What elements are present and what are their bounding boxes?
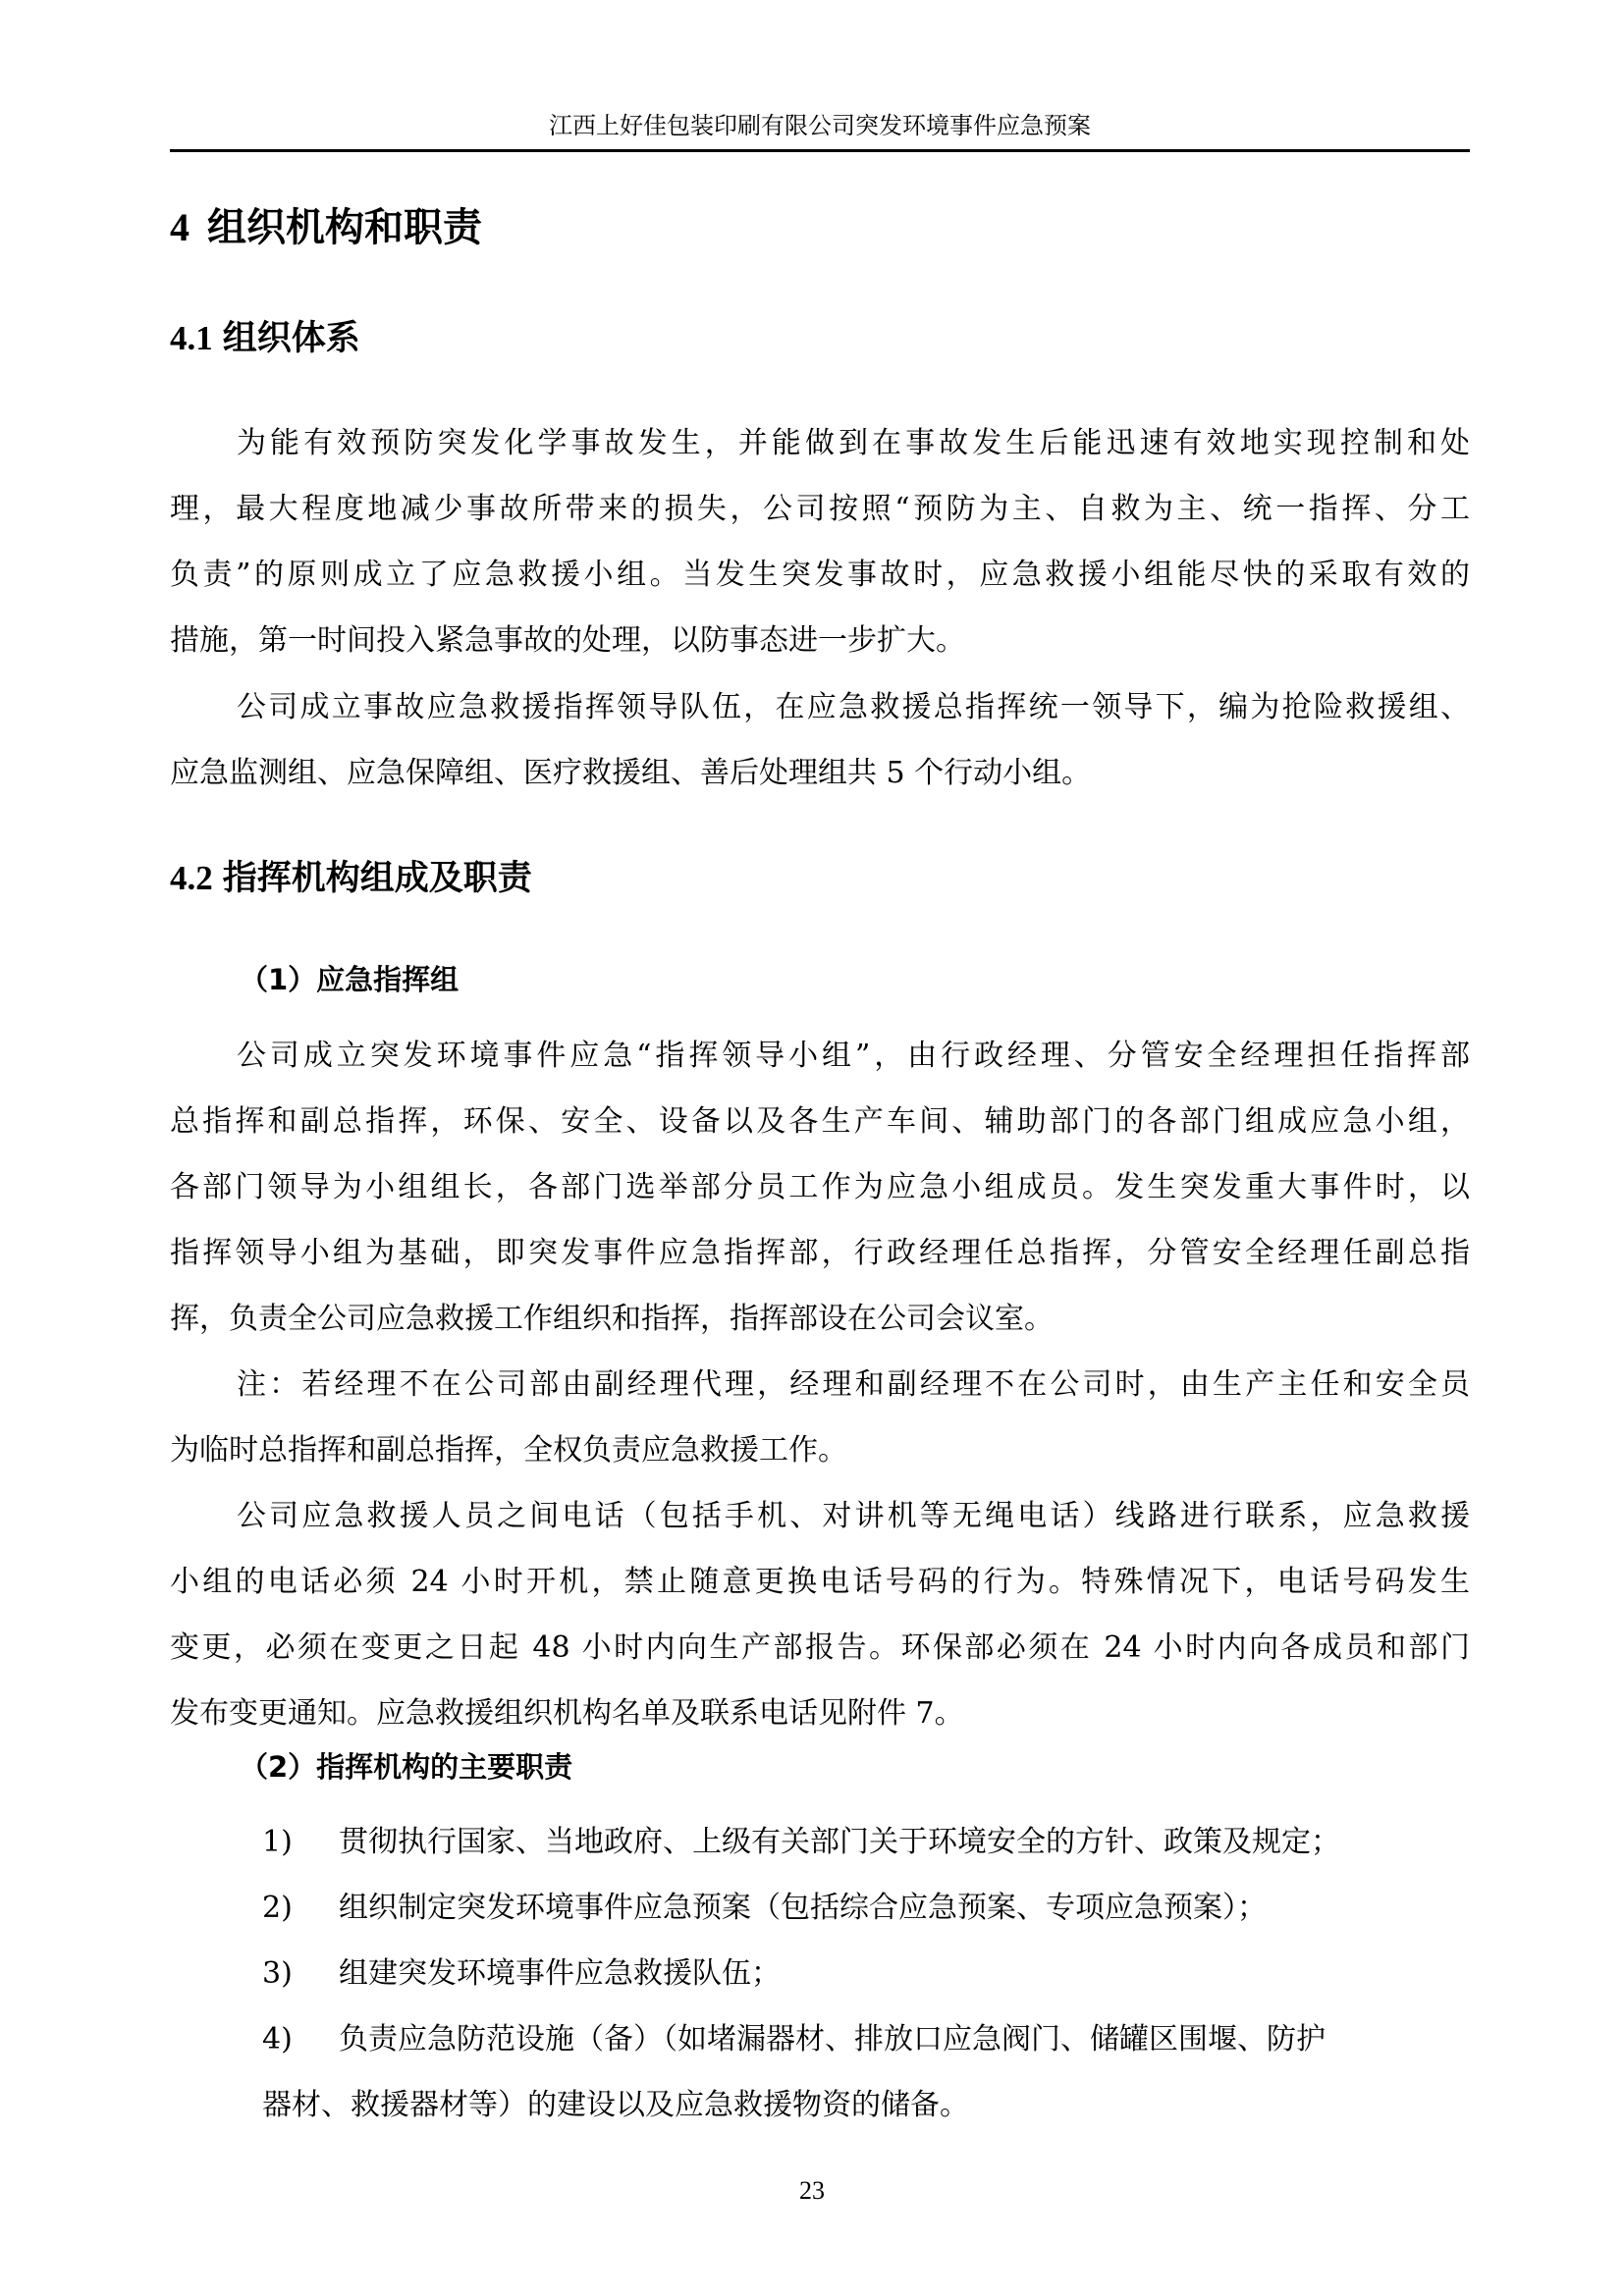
text-line: 负责”的原则成立了应急救援小组。当发生突发事故时，应急救援小组能尽快的采取有效的 [170, 542, 1470, 608]
text-line: 理，最大程度地减少事故所带来的损失，公司按照“预防为主、自救为主、统一指挥、分工 [170, 476, 1470, 542]
text-line: 公司应急救援人员之间电话（包括手机、对讲机等无绳电话）线路进行联系，应急救援 [170, 1483, 1470, 1549]
list-item-text: 贯彻执行国家、当地政府、上级有关部门关于环境安全的方针、政策及规定； [339, 1825, 1340, 1859]
text-line: 应急监测组、应急保障组、医疗救援组、善后处理组共 5 个行动小组。 [170, 740, 1470, 806]
chapter-heading: 4组织机构和职责 [170, 203, 1470, 252]
chapter-title: 组织机构和职责 [207, 205, 482, 250]
paragraph-organization-purpose: 为能有效预防突发化学事故发生，并能做到在事故发生后能迅速有效地实现控制和处 理，… [170, 410, 1470, 673]
section-heading-4-1: 4.1组织体系 [170, 316, 1470, 361]
subheading-emergency-command-group: （1）应急指挥组 [240, 960, 1540, 999]
document-page: 江西上好佳包装印刷有限公司突发环境事件应急预案 4组织机构和职责 4.1组织体系… [0, 0, 1624, 2296]
section-number: 4.2 [170, 859, 213, 897]
list-marker: 2) [170, 1875, 339, 1941]
subheading-main-duties: （2）指挥机构的主要职责 [240, 1747, 1540, 1787]
list-marker: 4) [170, 2006, 339, 2072]
text-line: 发布变更通知。应急救援组织机构名单及联系电话见附件 7。 [170, 1681, 1470, 1746]
list-marker: 3) [170, 1941, 339, 2006]
text-line: 公司成立突发环境事件应急“指挥领导小组”，由行政经理、分管安全经理担任指挥部 [170, 1023, 1470, 1089]
paragraph-action-groups: 公司成立事故应急救援指挥领导队伍，在应急救援总指挥统一领导下，编为抢险救援组、 … [170, 674, 1470, 806]
list-item: 3)组建突发环境事件应急救援队伍； [170, 1941, 1470, 2006]
chapter-number: 4 [170, 205, 189, 249]
text-line: 为能有效预防突发化学事故发生，并能做到在事故发生后能迅速有效地实现控制和处 [170, 410, 1470, 476]
text-line: 指挥领导小组为基础，即突发事件应急指挥部，行政经理任总指挥，分管安全经理任副总指 [170, 1220, 1470, 1286]
text-line: 措施，第一时间投入紧急事故的处理，以防事态进一步扩大。 [170, 608, 1470, 673]
list-item: 4)负责应急防范设施（备）（如堵漏器材、排放口应急阀门、储罐区围堰、防护 器材、… [170, 2006, 1470, 2138]
running-header: 江西上好佳包装印刷有限公司突发环境事件应急预案 [170, 110, 1470, 141]
list-marker: 1) [170, 1809, 339, 1875]
section-heading-4-2: 4.2指挥机构组成及职责 [170, 856, 1470, 901]
list-item-text: 器材、救援器材等）的建设以及应急救援物资的储备。 [170, 2072, 1470, 2138]
paragraph-phone-contact: 公司应急救援人员之间电话（包括手机、对讲机等无绳电话）线路进行联系，应急救援 小… [170, 1483, 1470, 1746]
list-item: 1)贯彻执行国家、当地政府、上级有关部门关于环境安全的方针、政策及规定； [170, 1809, 1470, 1875]
text-line: 各部门领导为小组组长，各部门选举部分员工作为应急小组成员。发生突发重大事件时，以 [170, 1154, 1470, 1220]
text-line: 总指挥和副总指挥，环保、安全、设备以及各生产车间、辅助部门的各部门组成应急小组， [170, 1089, 1470, 1154]
text-line: 小组的电话必须 24 小时开机，禁止随意更换电话号码的行为。特殊情况下，电话号码… [170, 1549, 1470, 1615]
section-title: 组织体系 [223, 319, 360, 358]
paragraph-command-group: 公司成立突发环境事件应急“指挥领导小组”，由行政经理、分管安全经理担任指挥部 总… [170, 1023, 1470, 1352]
list-item-text: 负责应急防范设施（备）（如堵漏器材、排放口应急阀门、储罐区围堰、防护 [339, 2022, 1326, 2056]
section-number: 4.1 [170, 319, 213, 357]
text-line: 公司成立事故应急救援指挥领导队伍，在应急救援总指挥统一领导下，编为抢险救援组、 [170, 674, 1470, 740]
text-line: 注：若经理不在公司部由副经理代理，经理和副经理不在公司时，由生产主任和安全员 [170, 1352, 1470, 1417]
list-item-text: 组建突发环境事件应急救援队伍； [339, 1956, 781, 1991]
list-item: 2)组织制定突发环境事件应急预案（包括综合应急预案、专项应急预案）； [170, 1875, 1470, 1941]
section-title: 指挥机构组成及职责 [223, 859, 532, 898]
paragraph-note: 注：若经理不在公司部由副经理代理，经理和副经理不在公司时，由生产主任和安全员 为… [170, 1352, 1470, 1483]
list-item-text: 组织制定突发环境事件应急预案（包括综合应急预案、专项应急预案）； [339, 1891, 1267, 1925]
text-line: 挥，负责全公司应急救援工作组织和指挥，指挥部设在公司会议室。 [170, 1286, 1470, 1352]
page-number: 23 [0, 2174, 1624, 2208]
header-rule [170, 149, 1470, 152]
text-line: 变更，必须在变更之日起 48 小时内向生产部报告。环保部必须在 24 小时内向各… [170, 1615, 1470, 1681]
text-line: 为临时总指挥和副总指挥，全权负责应急救援工作。 [170, 1417, 1470, 1483]
